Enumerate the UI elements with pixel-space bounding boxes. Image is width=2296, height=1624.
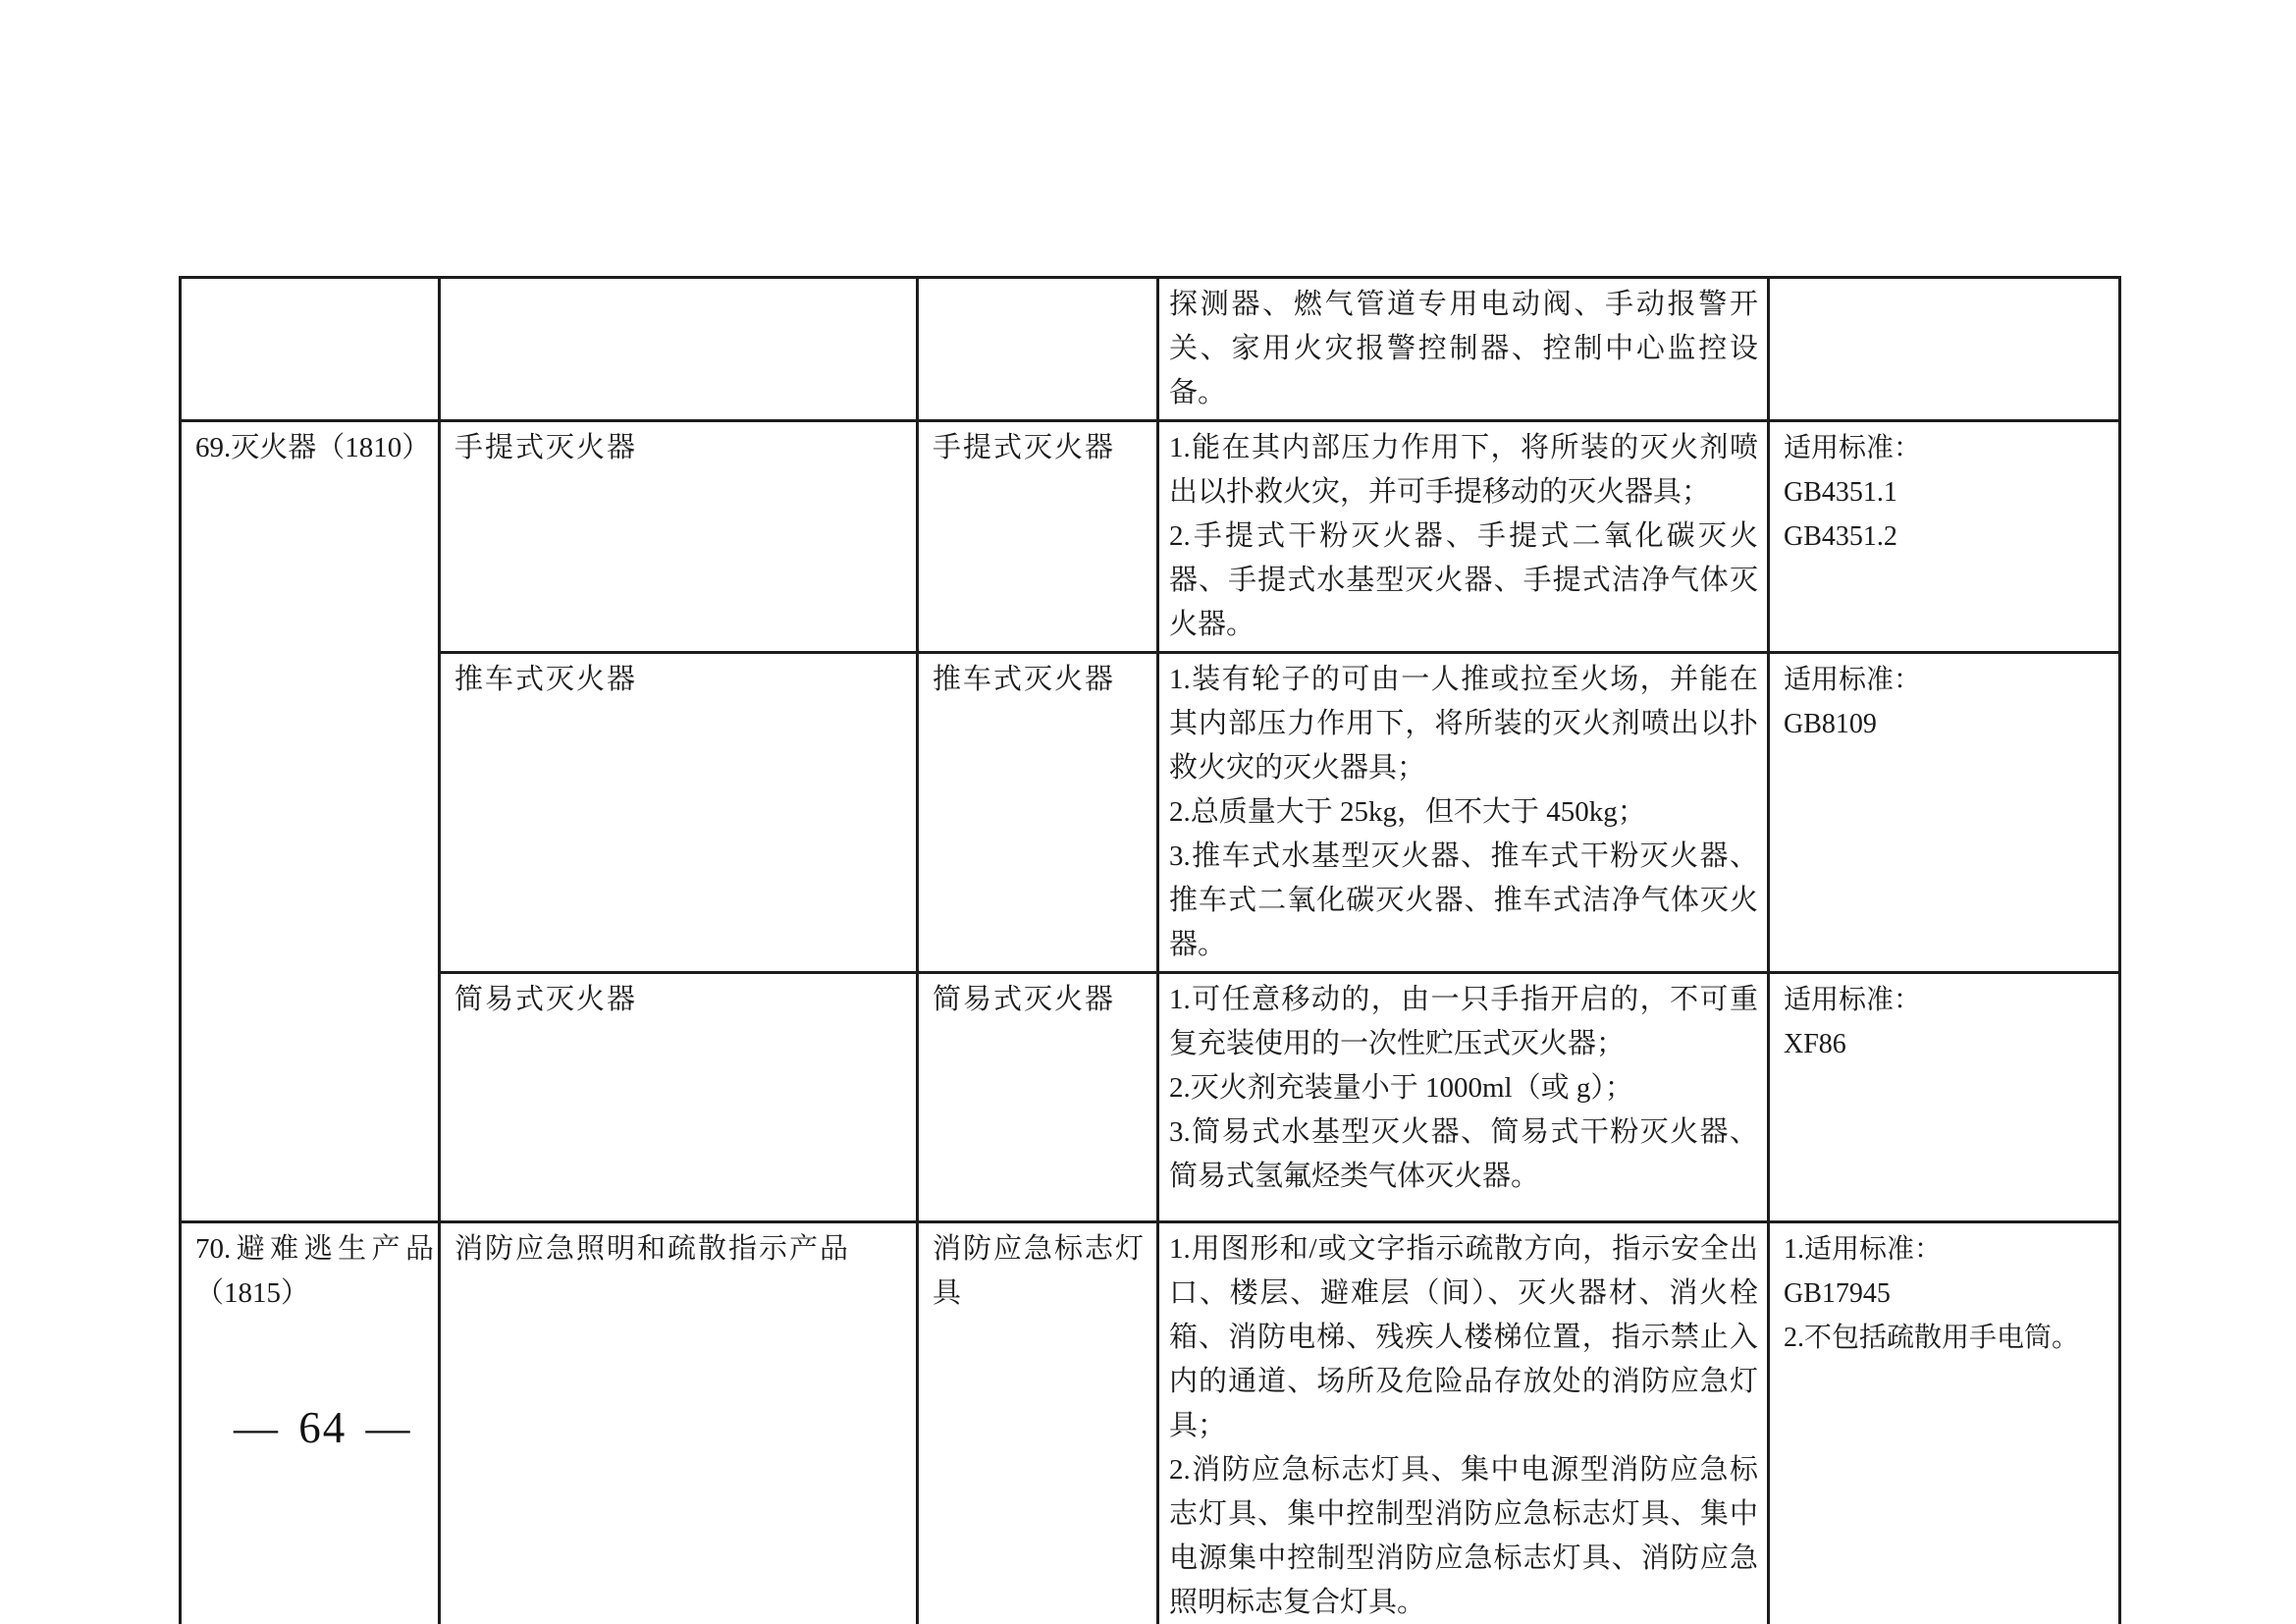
subcategory-cell: 消防应急照明和疏散指示产品 <box>440 1222 918 1624</box>
standards-cell: 1.适用标准： GB17945 2.不包括疏散用手电筒。 <box>1769 1222 2120 1624</box>
standard-line: 适用标准： <box>1784 978 2113 1022</box>
product-catalog-table: 探测器、燃气管道专用电动阀、手动报警开关、家用火灾报警控制器、控制中心监控设备。… <box>179 276 2121 1624</box>
description-cell: 1.用图形和/或文字指示疏散方向，指示安全出口、楼层、避难层（间）、灭火器材、消… <box>1158 1222 1769 1624</box>
description-paragraph: 2.消防应急标志灯具、集中电源型消防应急标志灯具、集中控制型消防应急标志灯具、集… <box>1169 1448 1758 1624</box>
description-paragraph: 2.灭火剂充装量小于 1000ml（或 g）； <box>1169 1066 1758 1110</box>
table-row-continuation: 探测器、燃气管道专用电动阀、手动报警开关、家用火灾报警控制器、控制中心监控设备。 <box>181 278 2120 421</box>
empty-product-cell <box>918 278 1158 421</box>
description-cell: 1.可任意移动的，由一只手指开启的，不可重复充装使用的一次性贮压式灭火器； 2.… <box>1158 973 1769 1222</box>
product-label: 简易式灭火器 <box>933 978 1148 1022</box>
product-cell: 手提式灭火器 <box>918 421 1158 653</box>
subcategory-label: 推车式灭火器 <box>454 658 908 702</box>
standard-line: 2.不包括疏散用手电筒。 <box>1784 1316 2113 1360</box>
page-number: — 64 — <box>234 1406 412 1450</box>
description-paragraph: 1.用图形和/或文字指示疏散方向，指示安全出口、楼层、避难层（间）、灭火器材、消… <box>1169 1227 1758 1448</box>
empty-category-cell <box>181 278 440 421</box>
standard-line: GB4351.2 <box>1784 514 2113 559</box>
product-cell: 推车式灭火器 <box>918 653 1158 973</box>
standard-line: GB4351.1 <box>1784 470 2113 514</box>
product-cell: 简易式灭火器 <box>918 973 1158 1222</box>
description-paragraph: 1.可任意移动的，由一只手指开启的，不可重复充装使用的一次性贮压式灭火器； <box>1169 978 1758 1066</box>
description-paragraph: 2.手提式干粉灭火器、手提式二氧化碳灭火器、手提式水基型灭火器、手提式洁净气体灭… <box>1169 514 1758 647</box>
description-cell: 1.装有轮子的可由一人推或拉至火场，并能在其内部压力作用下，将所装的灭火剂喷出以… <box>1158 653 1769 973</box>
standards-cell: 适用标准： GB8109 <box>1769 653 2120 973</box>
subcategory-label: 手提式灭火器 <box>454 426 908 470</box>
standard-line: GB17945 <box>1784 1272 2113 1316</box>
description-paragraph: 探测器、燃气管道专用电动阀、手动报警开关、家用火灾报警控制器、控制中心监控设备。 <box>1169 283 1758 415</box>
table-row-69-3: 简易式灭火器 简易式灭火器 1.可任意移动的，由一只手指开启的，不可重复充装使用… <box>181 973 2120 1222</box>
product-label: 手提式灭火器 <box>933 426 1148 470</box>
standards-cell: 适用标准： XF86 <box>1769 973 2120 1222</box>
standard-line: XF86 <box>1784 1022 2113 1066</box>
description-cell: 探测器、燃气管道专用电动阀、手动报警开关、家用火灾报警控制器、控制中心监控设备。 <box>1158 278 1769 421</box>
product-label: 消防应急标志灯具 <box>933 1227 1148 1316</box>
table-row-69-2: 推车式灭火器 推车式灭火器 1.装有轮子的可由一人推或拉至火场，并能在其内部压力… <box>181 653 2120 973</box>
empty-standards-cell <box>1769 278 2120 421</box>
description-paragraph: 1.装有轮子的可由一人推或拉至火场，并能在其内部压力作用下，将所装的灭火剂喷出以… <box>1169 658 1758 790</box>
description-paragraph: 1.能在其内部压力作用下，将所装的灭火剂喷出以扑救火灾，并可手提移动的灭火器具； <box>1169 426 1758 514</box>
category-label: 70.避难逃生产品（1815） <box>195 1227 434 1316</box>
subcategory-label: 消防应急照明和疏散指示产品 <box>454 1227 908 1272</box>
standards-cell: 适用标准： GB4351.1 GB4351.2 <box>1769 421 2120 653</box>
standard-line: 适用标准： <box>1784 658 2113 702</box>
subcategory-cell: 手提式灭火器 <box>440 421 918 653</box>
standard-line: GB8109 <box>1784 702 2113 746</box>
product-cell: 消防应急标志灯具 <box>918 1222 1158 1624</box>
standard-line: 1.适用标准： <box>1784 1227 2113 1272</box>
standard-line: 适用标准： <box>1784 426 2113 470</box>
description-paragraph: 3.推车式水基型灭火器、推车式干粉灭火器、推车式二氧化碳灭火器、推车式洁净气体灭… <box>1169 835 1758 967</box>
subcategory-label: 简易式灭火器 <box>454 978 908 1022</box>
table-row-70: 70.避难逃生产品（1815） 消防应急照明和疏散指示产品 消防应急标志灯具 1… <box>181 1222 2120 1624</box>
description-cell: 1.能在其内部压力作用下，将所装的灭火剂喷出以扑救火灾，并可手提移动的灭火器具；… <box>1158 421 1769 653</box>
empty-subcategory-cell <box>440 278 918 421</box>
subcategory-cell: 推车式灭火器 <box>440 653 918 973</box>
product-label: 推车式灭火器 <box>933 658 1148 702</box>
subcategory-cell: 简易式灭火器 <box>440 973 918 1222</box>
category-cell-69: 69.灭火器（1810） <box>181 421 440 1222</box>
category-label: 69.灭火器（1810） <box>195 426 434 470</box>
description-paragraph: 2.总质量大于 25kg，但不大于 450kg； <box>1169 790 1758 835</box>
table-row-69-1: 69.灭火器（1810） 手提式灭火器 手提式灭火器 1.能在其内部压力作用下，… <box>181 421 2120 653</box>
description-paragraph: 3.简易式水基型灭火器、简易式干粉灭火器、简易式氢氟烃类气体灭火器。 <box>1169 1110 1758 1199</box>
